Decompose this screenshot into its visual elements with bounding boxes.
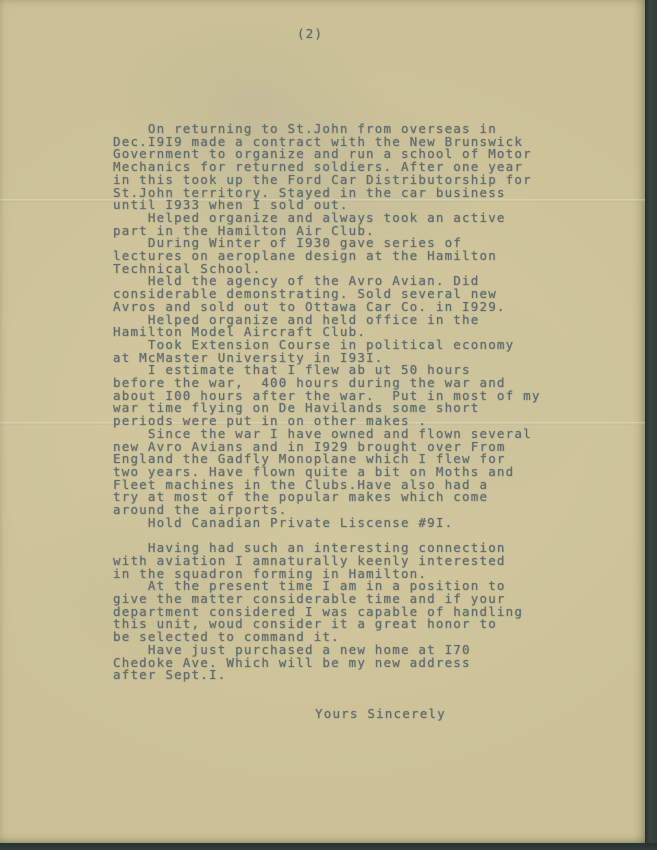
scanner-edge-right: [645, 0, 657, 850]
text-line: after Sept.I.: [113, 669, 583, 682]
closing-salutation: Yours Sincerely: [315, 708, 583, 721]
letter-paper: (2) On returning to St.John from oversea…: [0, 0, 645, 843]
letter-body: On returning to St.John from overseas in…: [113, 123, 583, 721]
scanner-edge-bottom: [0, 843, 657, 850]
page-number: (2): [297, 26, 323, 41]
scanned-letter-page: (2) On returning to St.John from oversea…: [0, 0, 657, 850]
letter-lines: On returning to St.John from overseas in…: [113, 123, 583, 682]
text-line: Hold Canadian Private Liscense #9I.: [113, 517, 583, 530]
